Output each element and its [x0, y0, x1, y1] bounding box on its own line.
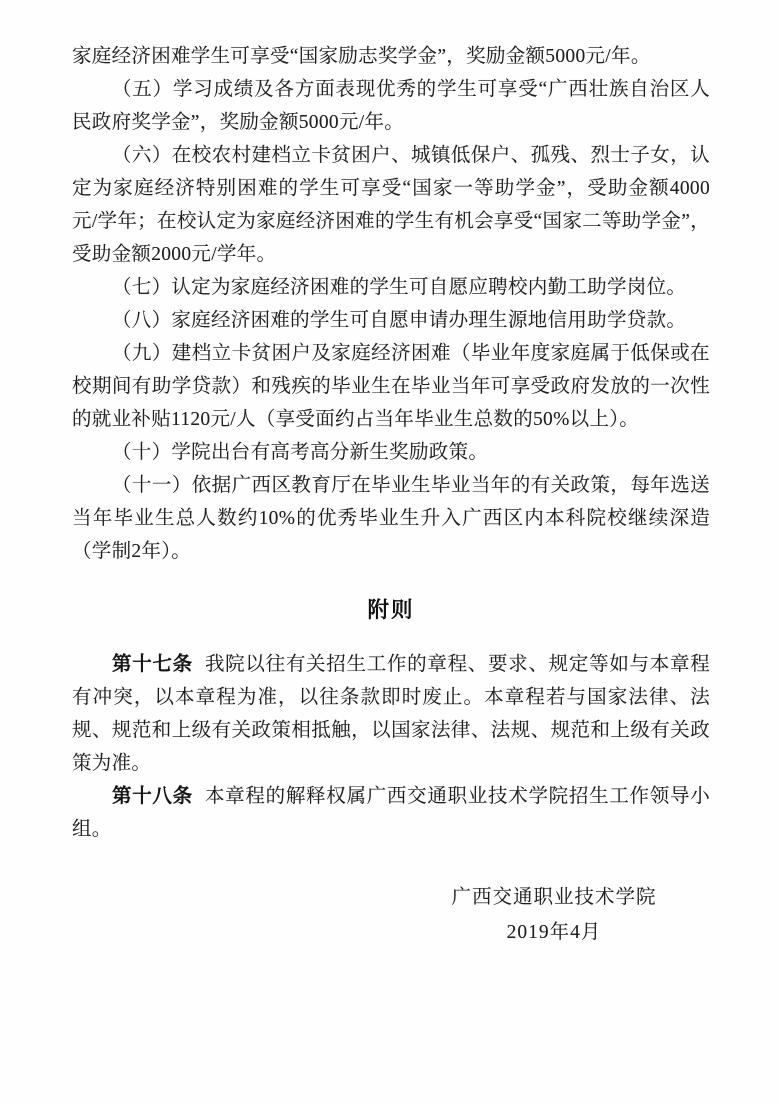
section-heading-appendix: 附则: [72, 594, 710, 627]
body-paragraph-item-8: （八）家庭经济困难的学生可自愿申请办理生源地信用助学贷款。: [72, 304, 710, 337]
body-paragraph-item-10: （十）学院出台有高考高分新生奖励政策。: [72, 436, 710, 469]
body-paragraph-item-6: （六）在校农村建档立卡贫困户、城镇低保户、孤残、烈士子女，认定为家庭经济特别困难…: [72, 139, 710, 271]
article-18: 第十八条本章程的解释权属广西交通职业技术学院招生工作领导小组。: [72, 780, 710, 846]
article-17-label: 第十七条: [112, 654, 193, 675]
signature-block: 广西交通职业技术学院 2019年4月: [418, 881, 690, 950]
body-paragraph-continuation: 家庭经济困难学生可享受“国家励志奖学金”，奖励金额5000元/年。: [72, 40, 710, 73]
document-page: 家庭经济困难学生可享受“国家励志奖学金”，奖励金额5000元/年。 （五）学习成…: [0, 0, 780, 1103]
signature-organization: 广西交通职业技术学院: [418, 881, 690, 916]
body-paragraph-item-9: （九）建档立卡贫困户及家庭经济困难（毕业年度家庭属于低保或在校期间有助学贷款）和…: [72, 337, 710, 436]
signature-date: 2019年4月: [418, 916, 690, 951]
body-paragraph-item-7: （七）认定为家庭经济困难的学生可自愿应聘校内勤工助学岗位。: [72, 271, 710, 304]
body-paragraph-item-5: （五）学习成绩及各方面表现优秀的学生可享受“广西壮族自治区人民政府奖学金”，奖励…: [72, 73, 710, 139]
article-17: 第十七条我院以往有关招生工作的章程、要求、规定等如与本章程有冲突，以本章程为准，…: [72, 648, 710, 780]
body-paragraph-item-11: （十一）依据广西区教育厅在毕业生毕业当年的有关政策，每年选送当年毕业生总人数约1…: [72, 469, 710, 568]
article-18-label: 第十八条: [112, 786, 193, 807]
